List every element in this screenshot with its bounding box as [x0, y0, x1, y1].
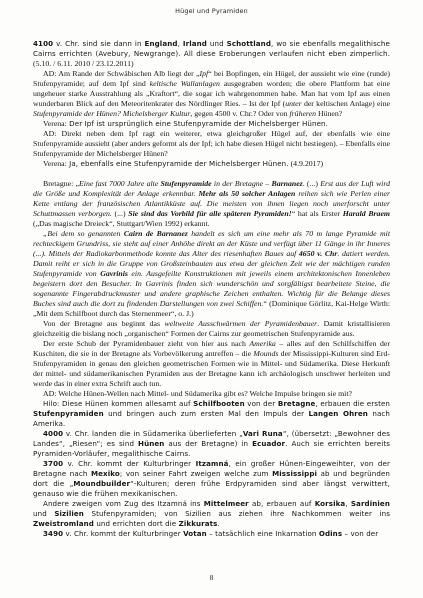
text-run: früheren — [289, 109, 316, 118]
text-run: Der Ipf ist ursprünglich eine Stufenpyra… — [67, 119, 328, 128]
text-run: („Das magische Dreieck“, Stuttgart/Wien … — [33, 219, 210, 228]
text-run: 4100 — [33, 39, 53, 48]
text-run: Odins — [319, 529, 342, 538]
text-run: Mittelmeer — [204, 499, 249, 508]
text-run: Mississippi — [272, 469, 317, 478]
document-page: Hügel und Pyramiden 4100 v. Chr. sind si… — [0, 0, 423, 598]
text-run: v. Chr. kommt der Kulturbringer — [63, 459, 195, 468]
paragraph: 3700 v. Chr. kommt der Kulturbringer Itz… — [33, 459, 390, 499]
text-run: Ecuador — [252, 439, 285, 448]
paragraph: „Bei dem so genannten Cairn de Barnanez … — [33, 229, 390, 319]
text-run: Korsika — [315, 499, 346, 508]
running-header: Hügel und Pyramiden — [0, 7, 423, 15]
text-run: – tatsächlich eine Inkarnation — [207, 529, 319, 538]
text-run: von der — [245, 399, 278, 408]
text-run: Itzamná — [196, 459, 229, 468]
text-run: in der Bretagne – — [212, 179, 272, 188]
text-run: Verena: — [43, 159, 67, 168]
text-run: Votan — [183, 529, 207, 538]
text-run: Bretagne — [278, 399, 316, 408]
document-body: 4100 v. Chr. sind sie dann in England, I… — [33, 39, 390, 539]
paragraph: Bretagne: „Eine fast 7000 Jahre alte Stu… — [33, 179, 390, 229]
text-run: Irland — [183, 39, 207, 48]
text-run: Eine fast 7000 Jahre alte — [79, 179, 161, 188]
text-run: (4.9.2017) — [289, 159, 323, 168]
paragraph: Hilo: Diese Hünen kommen allesamt auf Sc… — [33, 399, 390, 429]
text-run: der keltischen Anlage) eine — [302, 99, 390, 108]
paragraph: AD: Direkt neben dem Ipf ragt ein weiter… — [33, 129, 390, 159]
page-number: 8 — [0, 573, 423, 582]
text-run: Der erste Schub der Pyramidenbauer zieht… — [43, 339, 249, 348]
text-run: Stufenpyramide — [161, 179, 212, 188]
paragraph: Andere zweigen vom Zug des Itzamná ins M… — [33, 499, 390, 529]
text-run: 3490 — [43, 529, 63, 538]
text-run: Moundbuilder — [73, 479, 130, 488]
text-run: Barnanez — [272, 179, 303, 188]
text-run: und — [207, 39, 227, 48]
text-run: AD: Welche Hünen-Wellen nach Mittel- und… — [43, 389, 352, 398]
text-run: 3700 — [43, 459, 63, 468]
text-run: (...) — [115, 209, 129, 218]
text-run: Ipf — [200, 69, 209, 78]
text-run: aus der Bretagne) in — [164, 439, 252, 448]
text-run: Amerika — [249, 339, 275, 348]
text-run: Zweistromland — [33, 519, 94, 528]
text-run: Sardinien — [351, 499, 390, 508]
text-run: , erbauen die ersten — [315, 399, 390, 408]
text-run: , gegen 4500 v. Chr.? Oder von — [190, 109, 289, 118]
text-run: Hünen — [138, 439, 164, 448]
text-run: unter — [285, 99, 301, 108]
paragraph: 4000 v. Chr. landen die in Südamerika üb… — [33, 429, 390, 459]
paragraph: AD: Am Rande der Schwäbischen Alb liegt … — [33, 69, 390, 119]
text-run: Mounds — [253, 349, 278, 358]
text-run: ab, erbauen auf — [249, 499, 315, 508]
text-run: Mexiko — [91, 469, 120, 478]
text-run: Stufenpyramiden; von Sizilien aus ziehen… — [84, 509, 390, 518]
text-run: . — [217, 519, 219, 528]
text-run: Schottland — [227, 39, 271, 48]
text-run: Ja, ebenfalls eine Stufenpyramide der Mi… — [67, 159, 289, 168]
text-run: Gavrinis — [100, 269, 128, 278]
text-run: Mehr als 50 solcher Anlagen — [198, 189, 295, 198]
text-run: ; von seiner Fahrt zweigen welche zum — [120, 469, 272, 478]
text-run: Hilo: Diese Hünen kommen allesamt auf — [43, 399, 193, 408]
text-run: v. Chr. landen die in Südamerika überlie… — [63, 429, 243, 438]
text-run: v. Chr. kommt der Kulturbringer — [63, 529, 183, 538]
text-run: AD: Direkt neben dem Ipf ragt ein weiter… — [33, 129, 390, 158]
text-run: und bringen auch zum ersten Mal den Impu… — [104, 409, 309, 418]
paragraph: 3490 v. Chr. kommt der Kulturbringer Vot… — [33, 529, 390, 539]
text-run: 4650 v. Chr — [299, 249, 338, 258]
text-run: v. Chr. sind sie dann in — [53, 39, 144, 48]
text-run: und errichten dort die — [94, 519, 179, 528]
text-run: Sizilien — [54, 509, 84, 518]
text-run: und — [33, 509, 54, 518]
text-run: AD: Am Rande der Schwäbischen Alb liegt … — [43, 69, 200, 78]
paragraph: 4100 v. Chr. sind sie dann in England, I… — [33, 39, 390, 69]
text-run: „Bei dem so genannten — [43, 229, 124, 238]
text-run: weltweite Ausschwärmen der Pyramidenbaue… — [164, 319, 317, 328]
paragraph: Von der Bretagne aus beginnt das weltwei… — [33, 319, 390, 339]
text-run: keltische Wallanlagen — [150, 79, 220, 88]
text-run: Verena: — [43, 119, 67, 128]
text-run: Andere zweigen vom Zug des Itzamná ins — [43, 499, 204, 508]
text-run: Schilfbooten — [193, 399, 245, 408]
text-run: Sie sind das Vorbild für alle späteren P… — [128, 209, 291, 218]
text-run: Zikkurats — [179, 519, 218, 528]
text-run: Bretagne: „ — [43, 179, 79, 188]
text-run: Harald Braem — [343, 209, 390, 218]
paragraph: Verena: Der Ipf ist ursprünglich eine St… — [33, 119, 390, 129]
text-run: Cairn de Barnanez — [124, 229, 188, 238]
text-run: “ hat als Erster — [292, 209, 343, 218]
text-run: Von der Bretagne aus beginnt das — [43, 319, 164, 328]
text-run: Vari Runa — [243, 429, 283, 438]
text-run: (5.10. / 6.11. 2010 / 23.12.2011) — [33, 59, 134, 68]
paragraph: AD: Welche Hünen-Wellen nach Mittel- und… — [33, 389, 390, 399]
paragraph: Verena: Ja, ebenfalls eine Stufenpyramid… — [33, 159, 390, 169]
text-run: 4000 — [43, 429, 63, 438]
text-run: . (...) — [303, 179, 320, 188]
text-run: Stufenpyramide der Hünen? Michelsberger … — [33, 109, 190, 118]
paragraph: Der erste Schub der Pyramidenbauer zieht… — [33, 339, 390, 389]
text-run: Stufenpyramiden — [33, 409, 104, 418]
text-run: Hünen? — [316, 109, 342, 118]
text-run: England — [145, 39, 178, 48]
text-run: – von der — [342, 529, 378, 538]
text-run: Langen Ohren — [309, 409, 368, 418]
